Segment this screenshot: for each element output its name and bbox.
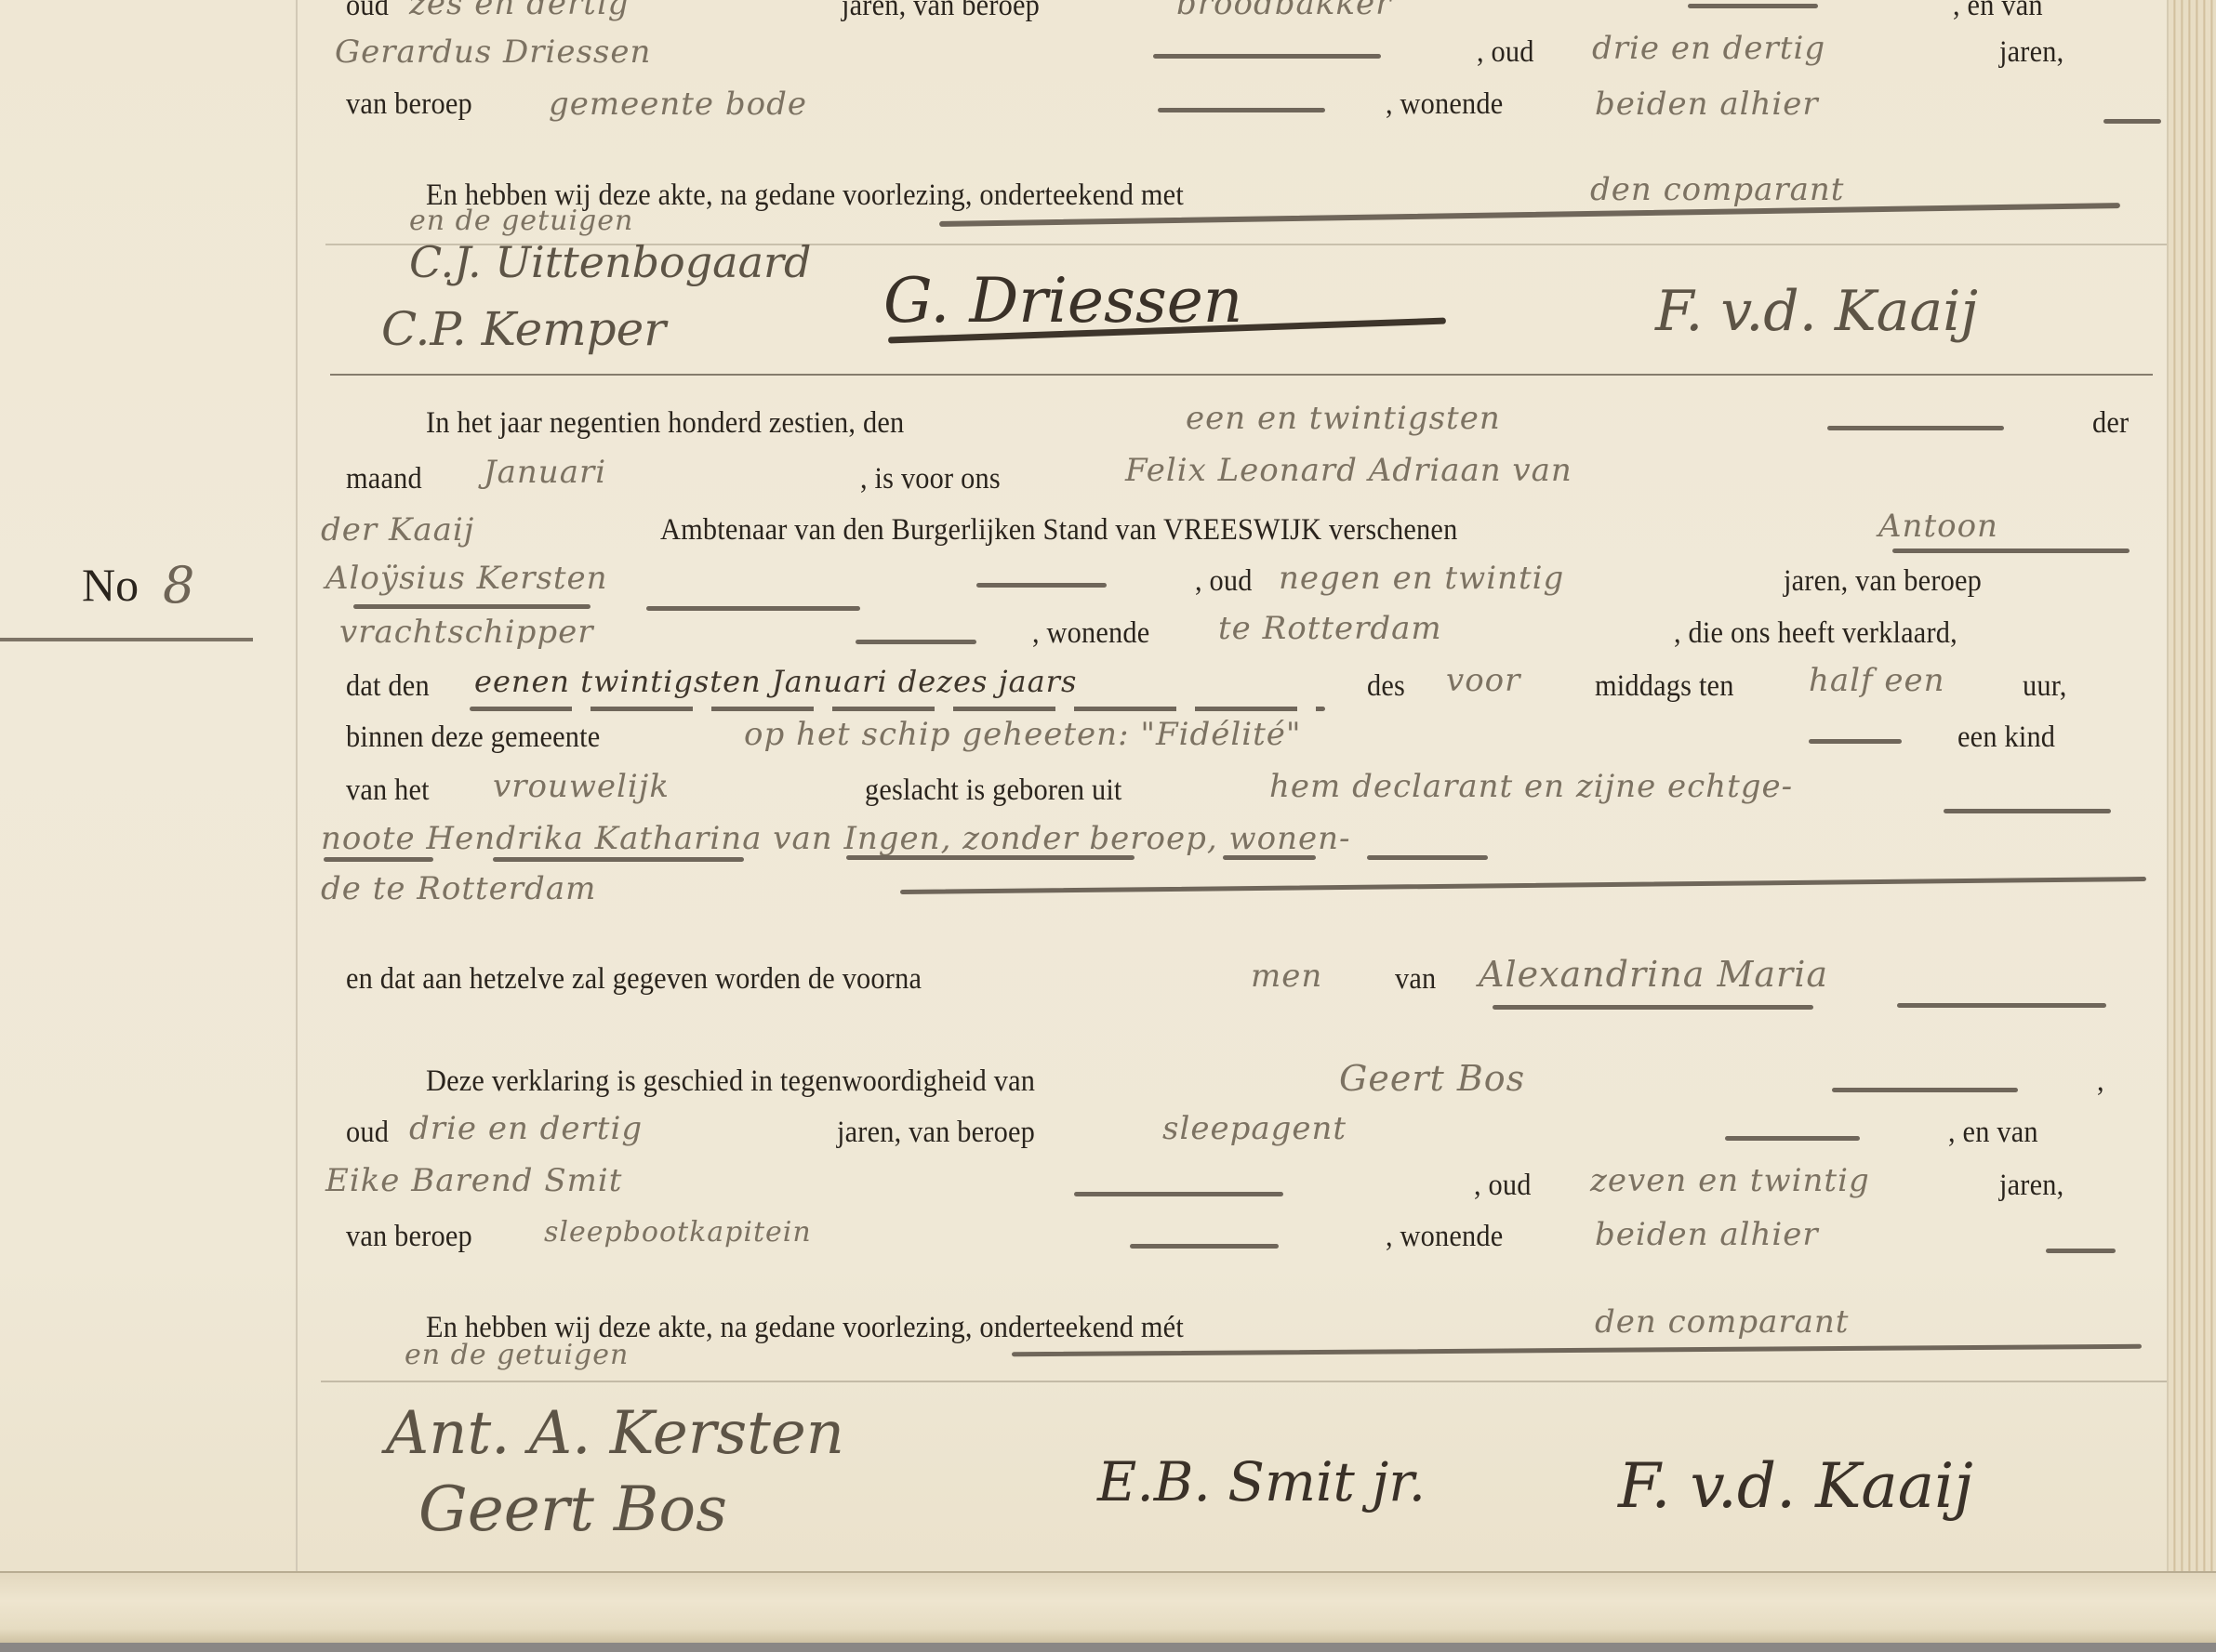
filler-dash bbox=[646, 606, 860, 611]
handwritten-official-name: der Kaaij bbox=[321, 511, 474, 548]
handwritten-day: een en twintigsten bbox=[1186, 400, 1501, 437]
handwritten-occupation: sleepagent bbox=[1162, 1110, 1347, 1147]
handwritten-age: drie en dertig bbox=[1592, 30, 1825, 67]
printed-text: maand bbox=[346, 462, 422, 496]
printed-text: middags ten bbox=[1595, 669, 1734, 704]
handwritten-daypart: voor bbox=[1446, 662, 1520, 699]
handwritten-sex: vrouwelijk bbox=[493, 768, 670, 805]
filler-dash bbox=[1944, 809, 2111, 813]
printed-text: , wonende bbox=[1386, 1220, 1503, 1254]
printed-text: jaren, van beroep bbox=[842, 0, 1040, 23]
filler-dash bbox=[1493, 1005, 1813, 1010]
handwritten-occupation: broodbakker bbox=[1176, 0, 1391, 22]
printed-text: van beroep bbox=[346, 87, 472, 122]
filler-dash bbox=[1223, 855, 1316, 860]
handwritten-declarant-name: Aloÿsius Kersten bbox=[325, 560, 608, 597]
handwritten-birth-place: op het schip geheeten: "Fidélité" bbox=[744, 716, 1302, 753]
filler-dash bbox=[1832, 1088, 2018, 1092]
printed-text: , en van bbox=[1948, 1116, 2038, 1150]
printed-text: binnen deze gemeente bbox=[346, 720, 600, 755]
handwritten-occupation: gemeente bode bbox=[549, 86, 807, 123]
filler-dash bbox=[1367, 855, 1488, 860]
signature: F. v.d. Kaaij bbox=[1655, 279, 1978, 344]
register-page: oud zes en dertig jaren, van beroep broo… bbox=[0, 0, 2183, 1571]
printed-text: jaren, bbox=[1999, 1169, 2063, 1203]
handwritten-witness-name: Gerardus Driessen bbox=[335, 33, 651, 71]
filler-dash bbox=[846, 855, 1135, 860]
printed-text: en dat aan hetzelve zal gegeven worden d… bbox=[346, 962, 922, 997]
filler-dash bbox=[976, 583, 1107, 588]
handwritten-suffix: men bbox=[1251, 958, 1322, 995]
handwritten-residence: beiden alhier bbox=[1595, 1216, 1819, 1253]
printed-text: Ambtenaar van den Burgerlijken Stand van… bbox=[660, 513, 1457, 548]
signature: C.P. Kemper bbox=[381, 302, 666, 356]
filler-dash bbox=[1892, 548, 2130, 553]
handwritten-month: Januari bbox=[484, 454, 606, 491]
printed-text: der bbox=[2092, 406, 2129, 441]
printed-text: oud bbox=[346, 1116, 389, 1150]
printed-text: geslacht is geboren uit bbox=[865, 773, 1122, 808]
entry-separator bbox=[330, 374, 2153, 376]
printed-text: van het bbox=[346, 773, 430, 808]
filler-dash bbox=[1688, 4, 1818, 8]
filler-dash bbox=[493, 857, 744, 862]
handwritten-child-name: Alexandrina Maria bbox=[1479, 954, 1828, 995]
handwritten-birth-date: eenen twintigsten Januari dezes jaars bbox=[474, 664, 1077, 699]
printed-text: , oud bbox=[1195, 564, 1253, 599]
printed-text: een kind bbox=[1957, 720, 2055, 755]
handwritten-residence: beiden alhier bbox=[1595, 86, 1819, 123]
printed-text: , bbox=[2097, 1064, 2104, 1099]
handwritten-time: half een bbox=[1809, 662, 1945, 699]
filler-dash bbox=[324, 857, 433, 862]
book-page-edges bbox=[2167, 0, 2216, 1571]
book-bottom-edge bbox=[0, 1571, 2216, 1643]
printed-text: , wonende bbox=[1386, 87, 1503, 122]
handwritten-occupation: vrachtschipper bbox=[339, 614, 594, 651]
filler-dash bbox=[2046, 1249, 2116, 1253]
filler-dash bbox=[900, 877, 2146, 894]
filler-dash bbox=[856, 640, 976, 644]
handwritten-witness-name: Geert Bos bbox=[1339, 1058, 1525, 1099]
signature-declarant: Ant. A. Kersten bbox=[386, 1399, 844, 1468]
handwritten-occupation: sleepbootkapitein bbox=[544, 1216, 812, 1249]
printed-text: jaren, van beroep bbox=[1784, 564, 1982, 599]
filler-dash bbox=[1897, 1003, 2106, 1008]
filler-dash bbox=[1074, 1192, 1283, 1196]
printed-text: , wonende bbox=[1032, 616, 1149, 651]
filler-dash bbox=[1809, 739, 1902, 744]
handwritten-official-name: Felix Leonard Adriaan van bbox=[1125, 452, 1572, 489]
handwritten-age: zes en dertig bbox=[409, 0, 630, 22]
printed-text: , die ons heeft verklaard, bbox=[1674, 616, 1957, 651]
filler-dash bbox=[1153, 54, 1381, 59]
entry-number: 8 bbox=[163, 556, 194, 615]
margin-line bbox=[296, 0, 298, 1571]
printed-text: In het jaar negentien honderd zestien, d… bbox=[426, 406, 904, 441]
filler-dash bbox=[1725, 1136, 1860, 1141]
handwritten-witness-name: Eike Barend Smit bbox=[325, 1162, 622, 1199]
filler-dash bbox=[1827, 426, 2004, 430]
handwritten-age: drie en dertig bbox=[409, 1110, 643, 1147]
signature: C.J. Uittenbogaard bbox=[409, 237, 811, 287]
filler-dash bbox=[2103, 119, 2161, 124]
printed-text: van bbox=[1395, 962, 1436, 997]
filler-dash bbox=[353, 604, 590, 609]
printed-text: dat den bbox=[346, 669, 430, 704]
handwritten-signers: den comparant bbox=[1595, 1303, 1849, 1341]
handwritten-parents: hem declarant en zijne echtge- bbox=[1269, 768, 1793, 805]
handwritten-signers: en de getuigen bbox=[409, 205, 633, 237]
handwritten-declarant-name: Antoon bbox=[1878, 508, 1998, 545]
handwritten-parents: de te Rotterdam bbox=[321, 870, 596, 907]
handwritten-residence: te Rotterdam bbox=[1218, 610, 1442, 647]
printed-text: , is voor ons bbox=[860, 462, 1001, 496]
handwritten-signers: den comparant bbox=[1590, 171, 1844, 208]
printed-text: , oud bbox=[1474, 1169, 1532, 1203]
entry-number-label: No bbox=[82, 558, 139, 612]
signature-witness-1: Geert Bos bbox=[418, 1474, 727, 1545]
printed-text: uur, bbox=[2023, 669, 2067, 704]
signature-official: F. v.d. Kaaij bbox=[1618, 1450, 1973, 1522]
entry-number-rule bbox=[0, 638, 253, 641]
filler-dash bbox=[470, 707, 1325, 711]
signature-witness-2: E.B. Smit jr. bbox=[1097, 1450, 1426, 1513]
handwritten-signers: en de getuigen bbox=[405, 1339, 629, 1371]
handwritten-parents: noote Hendrika Katharina van Ingen, zond… bbox=[321, 820, 1351, 857]
printed-text: , oud bbox=[1477, 35, 1534, 70]
handwritten-age: zeven en twintig bbox=[1590, 1162, 1870, 1199]
printed-text: , en van bbox=[1953, 0, 2043, 23]
printed-text: jaren, van beroep bbox=[837, 1116, 1035, 1150]
printed-text: van beroep bbox=[346, 1220, 472, 1254]
filler-dash bbox=[1012, 1344, 2142, 1356]
printed-text: oud bbox=[346, 0, 389, 23]
separator-rule bbox=[321, 1381, 2167, 1382]
printed-text: Deze verklaring is geschied in tegenwoor… bbox=[426, 1064, 1035, 1099]
printed-text: des bbox=[1367, 669, 1405, 704]
filler-dash bbox=[1158, 108, 1325, 112]
filler-dash bbox=[1130, 1244, 1279, 1249]
handwritten-age: negen en twintig bbox=[1279, 560, 1564, 597]
printed-text: jaren, bbox=[1999, 35, 2063, 70]
